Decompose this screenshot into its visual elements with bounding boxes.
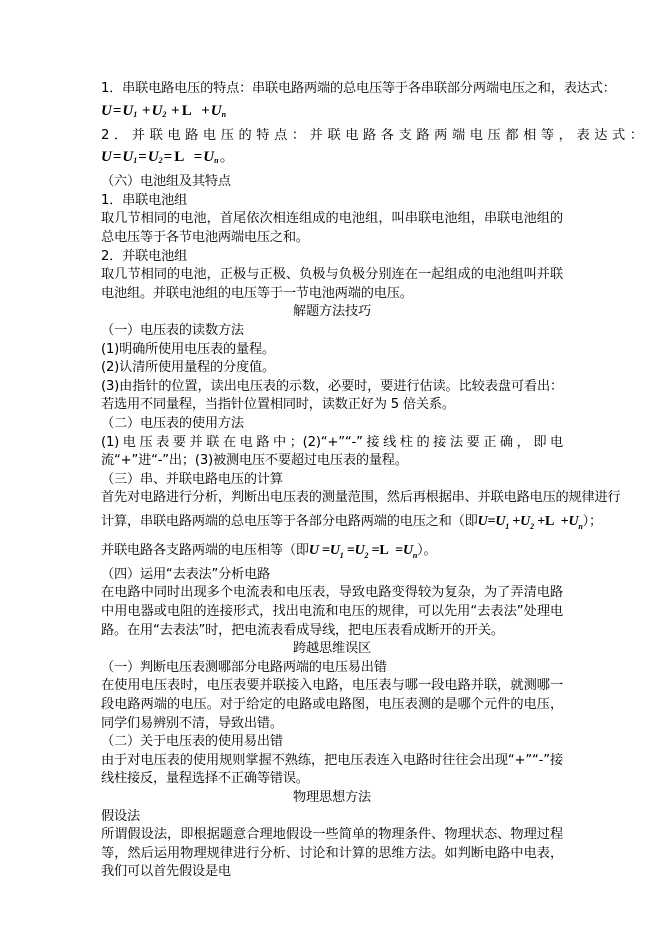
reading-item-2: (2)认清所使用量程的分度值。 — [101, 359, 563, 378]
reading-heading: （一）电压表的读数方法 — [101, 322, 563, 341]
remove-heading: （四）运用“去表法”分析电路 — [101, 566, 563, 585]
document-page: 1．串联电路电压的特点：串联电路两端的总电压等于各串联部分两端电压之和，表达式：… — [101, 80, 563, 882]
series-voltage-point: 1．串联电路电压的特点：串联电路两端的总电压等于各串联部分两端电压之和，表达式： — [101, 80, 563, 99]
errors-usage-text: 由于对电压表的使用规则掌握不熟练，把电压表连入电路时往往会出现“+”“-”接线柱… — [101, 752, 563, 789]
calc-text-3: 并联电路各支路两端的电压相等（即U =U1 =U2 =L =Un）。 — [101, 536, 563, 566]
methods-title: 解题方法技巧 — [101, 303, 563, 322]
judge-text: 在使用电压表时，电压表要并联接入电路，电压表与哪一段电路并联，就测哪一段电路两端… — [101, 677, 563, 733]
reading-item-1: (1)明确所使用电压表的量程。 — [101, 341, 563, 360]
parallel-battery-title: 2．并联电池组 — [101, 248, 563, 267]
series-battery-title: 1．串联电池组 — [101, 192, 563, 211]
parallel-voltage-point: 2．并联电路电压的特点：并联电路各支路两端电压都相等，表达式： — [101, 127, 563, 146]
battery-heading: （六）电池组及其特点 — [101, 173, 563, 192]
usage-text: (1)电压表要并联在电路中；(2)“+”“-”接线柱的接法要正确，即电流“+”进… — [101, 434, 563, 471]
parallel-voltage-formula: U=U1=U2=L =Un。 — [101, 145, 563, 169]
assume-text: 所谓假设法，即根据题意合理地假设一些简单的物理条件、物理状态、物理过程等，然后运… — [101, 826, 563, 882]
thinking-title: 物理思想方法 — [101, 789, 563, 808]
remove-text: 在电路中同时出现多个电流表和电压表，导致电路变得较为复杂，为了弄清电路中用电器或… — [101, 584, 563, 640]
assume-heading: 假设法 — [101, 808, 563, 827]
series-inline-formula: U=U1 +U2 +L +Un — [478, 514, 583, 529]
errors-usage-heading: （二）关于电压表的使用易出错 — [101, 733, 563, 752]
parallel-inline-formula: U =U1 =U2 =L =Un — [309, 543, 417, 558]
series-voltage-formula: U=U1 +U2 +L +Un — [101, 99, 563, 123]
errors-title: 跨越思维误区 — [101, 640, 563, 659]
judge-heading: （一）判断电压表测哪部分电路两端的电压易出错 — [101, 659, 563, 678]
calc-text-2: 计算，串联电路两端的总电压等于各部分电路两端的电压之和（即U=U1 +U2 +L… — [101, 508, 563, 536]
reading-item-3: (3)由指针的位置，读出电压表的示数，必要时，要进行估读。比较表盘可看出：若选用… — [101, 378, 563, 415]
calc-text-1: 首先对电路进行分析，判断出电压表的测量范围，然后再根据串、并联电路电压的规律进行 — [101, 489, 563, 508]
series-battery-text: 取几节相同的电池，首尾依次相连组成的电池组，叫串联电池组，串联电池组的总电压等于… — [101, 210, 563, 247]
usage-heading: （二）电压表的使用方法 — [101, 415, 563, 434]
calc-heading: （三）串、并联电路电压的计算 — [101, 471, 563, 490]
parallel-battery-text: 取几节相同的电池，正极与正极、负极与负极分别连在一起组成的电池组叫并联电池组。并… — [101, 266, 563, 303]
